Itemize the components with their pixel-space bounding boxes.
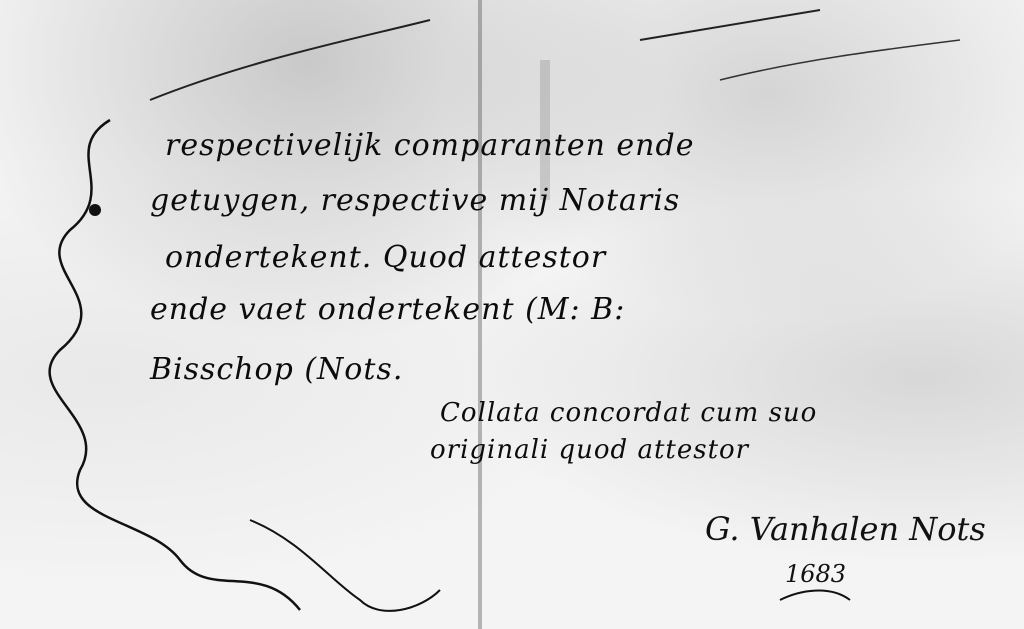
text-line-2: getuygen, respective mij Notaris: [150, 183, 680, 218]
text-line-1: respectivelijk comparanten ende: [165, 128, 694, 163]
manuscript-page: respectivelijk comparanten ende getuygen…: [0, 0, 1024, 629]
text-line-4: ende vaet ondertekent (M: B:: [150, 292, 625, 327]
ink-dot: [89, 204, 101, 216]
notary-signature: G. Vanhalen Nots: [705, 510, 986, 548]
signature-year: 1683: [785, 560, 846, 588]
text-line-5: Bisschop (Nots.: [150, 352, 403, 387]
text-line-7: originali quod attestor: [430, 435, 749, 465]
text-line-3: ondertekent. Quod attestor: [165, 240, 606, 275]
text-line-6: Collata concordat cum suo: [440, 398, 817, 428]
